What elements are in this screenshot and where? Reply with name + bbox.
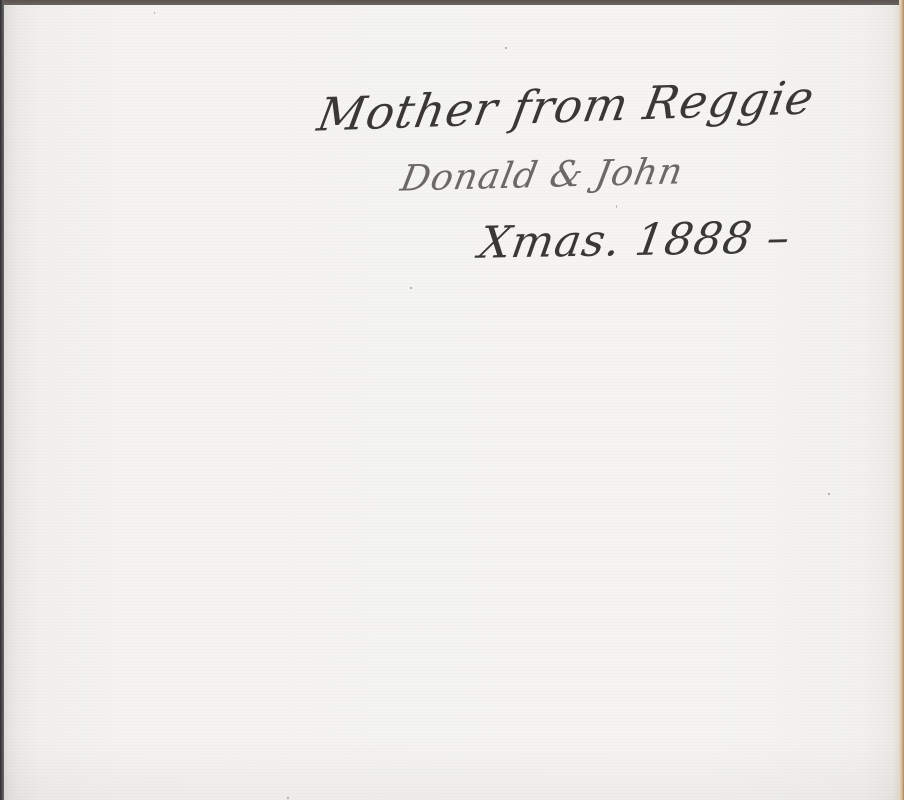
- flyleaf-page: Mother from Reggie Donald & John Xmas. 1…: [2, 5, 900, 800]
- inscription-line-date: Xmas. 1888 –: [475, 212, 794, 268]
- handwritten-inscription: Mother from Reggie Donald & John Xmas. 1…: [302, 65, 862, 285]
- paper-speck: [287, 797, 289, 799]
- page-bottom-shading: [4, 740, 902, 800]
- inscription-line-givers: Donald & John: [397, 151, 686, 199]
- paper-speck: [410, 287, 412, 289]
- inscription-line-recipient: Mother from Reggie: [314, 70, 819, 141]
- paper-speck: [154, 12, 155, 14]
- book-spine-edge: [0, 0, 4, 800]
- paper-speck: [828, 493, 830, 495]
- scanned-page: Mother from Reggie Donald & John Xmas. 1…: [0, 0, 904, 800]
- paper-speck: [505, 47, 507, 49]
- page-fore-edge: [899, 0, 904, 800]
